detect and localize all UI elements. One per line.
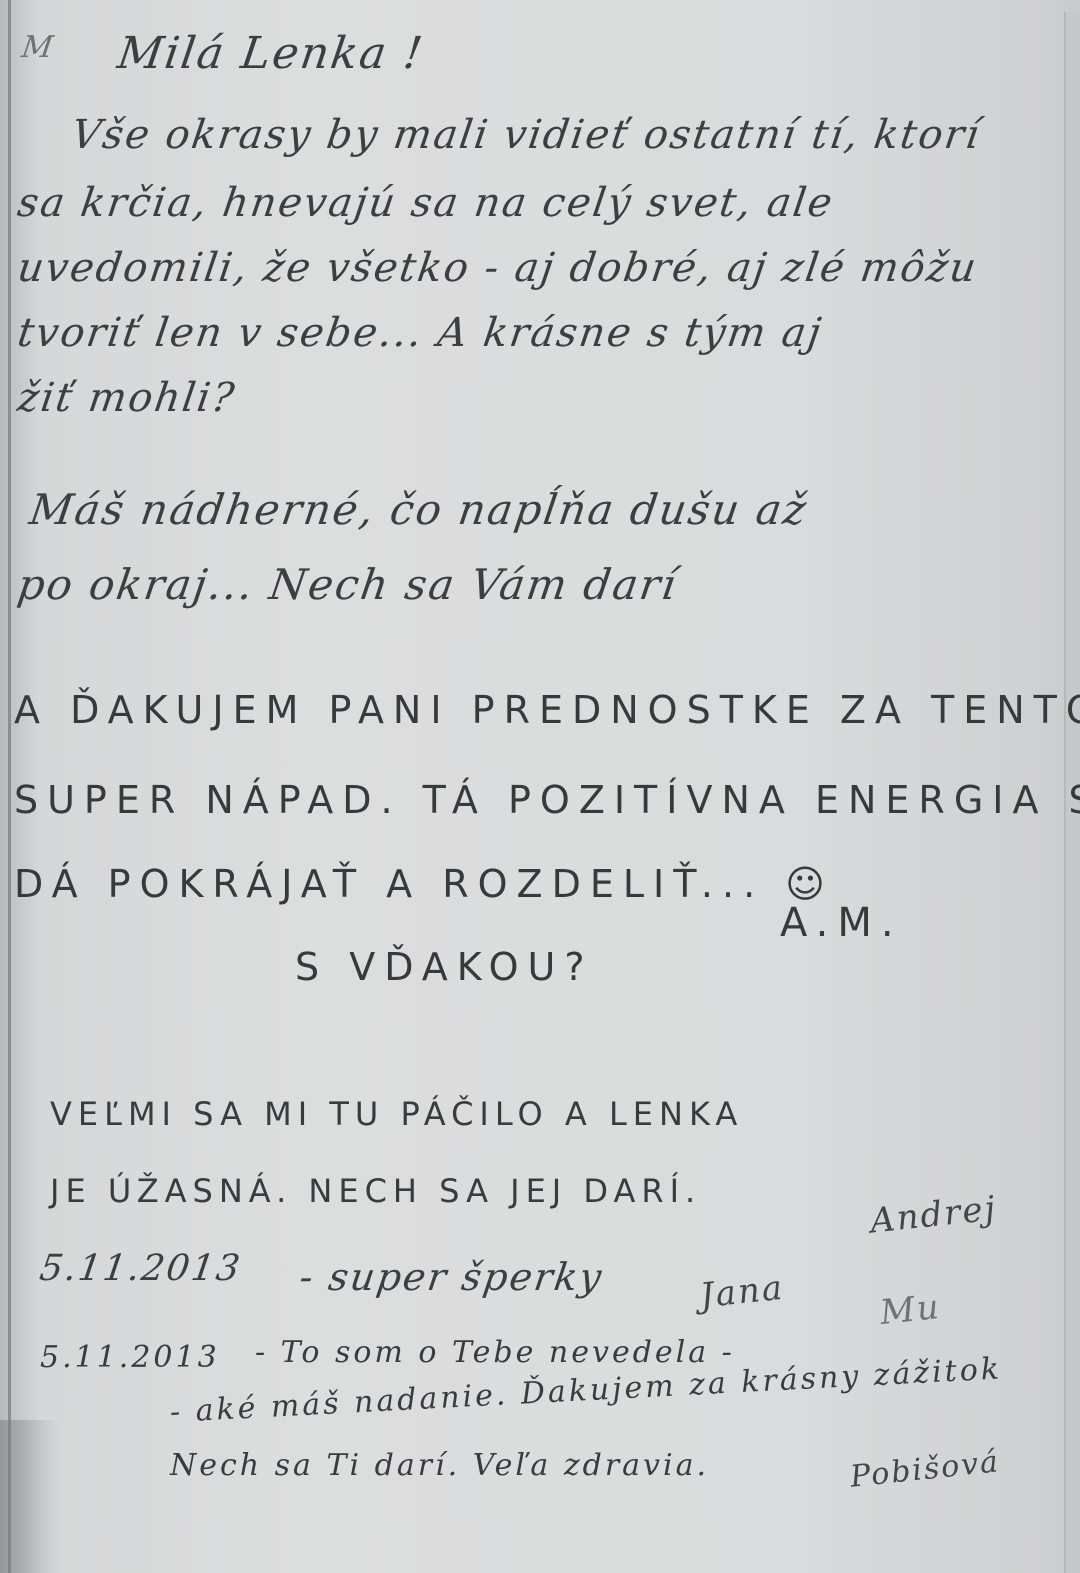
entry-1-line-2: Vše okrasy by mali vidieť ostatní tí, kt…	[69, 112, 984, 158]
entry-4-line-2: JE ÚŽASNÁ. NECH SA JEJ DARÍ.	[50, 1172, 701, 1210]
entry-3-line-3: DÁ POKRÁJAŤ A ROZDELIŤ... ☺	[14, 862, 834, 906]
entry-1-line-4: uvedomili, že všetko - aj dobré, aj zlé …	[15, 245, 981, 291]
entry-6-line-1: - To som o Tebe nevedela -	[255, 1335, 735, 1370]
entry-1-line-5: tvoriť len v sebe... A krásne s tým aj	[15, 310, 826, 356]
entry-5-text: - super šperky	[297, 1255, 606, 1299]
entry-6-line-3: Nech sa Ti darí. Veľa zdravia.	[170, 1448, 709, 1483]
margin-mark: M	[20, 30, 58, 65]
entry-5-date: 5.11.2013	[37, 1248, 244, 1289]
entry-1-line-6: žiť mohli?	[15, 375, 239, 421]
entry-6-date: 5.11.2013	[40, 1340, 220, 1375]
entry-2-line-1: Máš nádherné, čo napĺňa dušu až	[27, 485, 811, 534]
entry-2-line-2: po okraj... Nech sa Vám darí	[15, 560, 681, 609]
entry-4-line-1: VEĽMI SA MI TU PÁČILO A LENKA	[50, 1095, 743, 1133]
page-binding-line	[8, 0, 11, 1573]
entry-4-signature: Andrej	[868, 1188, 999, 1241]
guestbook-page: M Milá Lenka ! Vše okrasy by mali vidieť…	[0, 0, 1080, 1573]
binding-shadow	[0, 1420, 60, 1573]
entry-3-signature: A.M.	[780, 900, 903, 946]
entry-5-signature-1: Jana	[698, 1268, 786, 1317]
entry-3-line-1: A ĎAKUJEM PANI PREDNOSTKE ZA TENTO	[14, 688, 1080, 732]
entry-3-line-4: S VĎAKOU?	[295, 945, 594, 989]
entry-5-signature-2: Mu	[878, 1287, 943, 1333]
entry-1-line-3: sa krčia, hnevajú sa na celý svet, ale	[15, 180, 837, 226]
entry-1-line-1: Milá Lenka !	[114, 28, 427, 79]
entry-6-signature: Pobišová	[849, 1444, 1002, 1495]
entry-3-line-2: SUPER NÁPAD. TÁ POZITÍVNA ENERGIA SA	[14, 778, 1080, 822]
